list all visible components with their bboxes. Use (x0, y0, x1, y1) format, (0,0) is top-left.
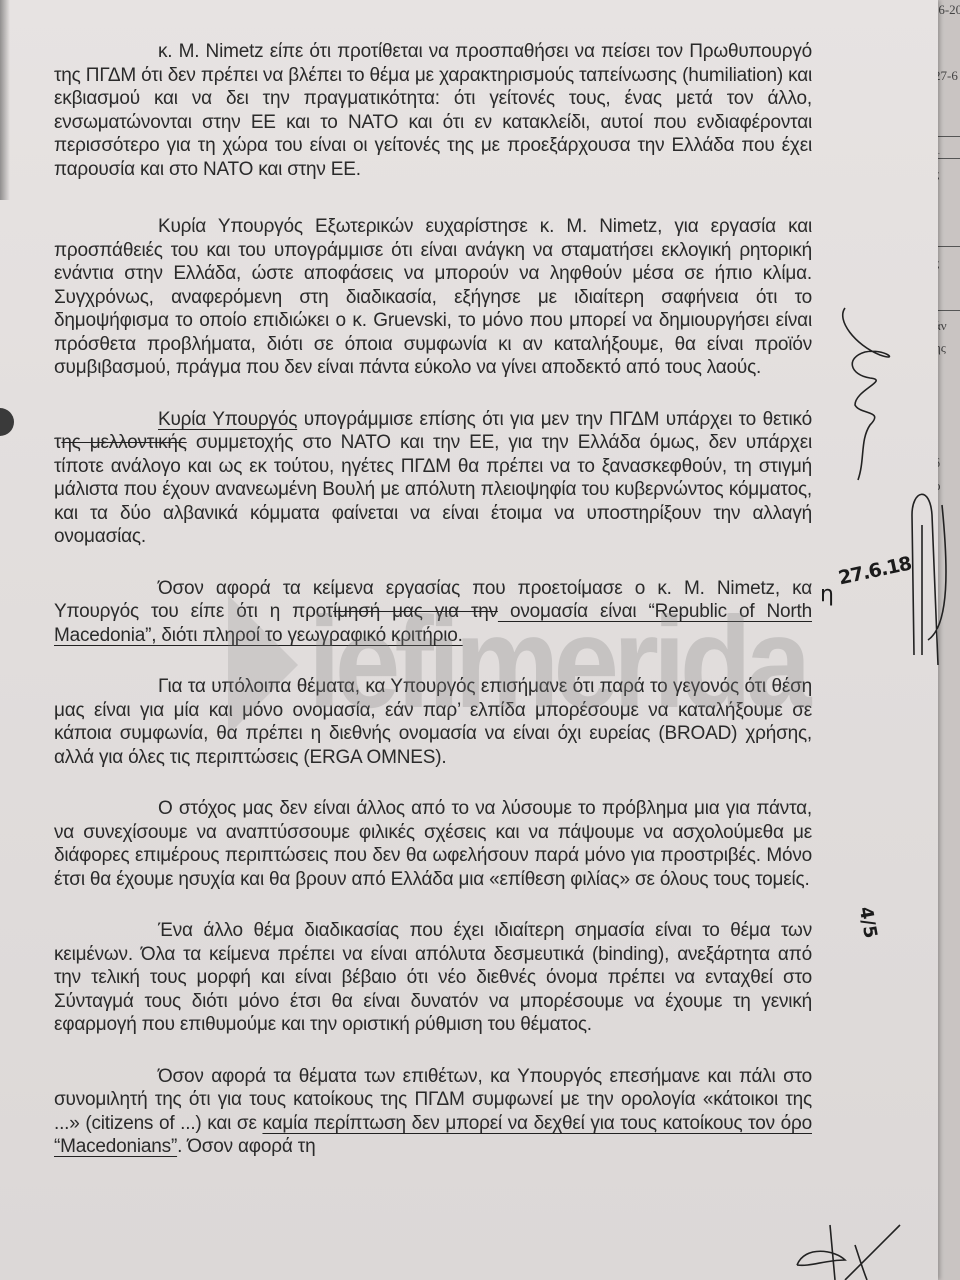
paragraph: Όσον αφορά τα κείμενα εργασίας που προετ… (54, 577, 812, 648)
struck-text: ίμησή μας για την (333, 601, 498, 622)
paragraph: Κυρία Υπουργός υπογράμμισε επίσης ότι γι… (54, 408, 812, 549)
paragraph: Κυρία Υπουργός Εξωτερικών ευχαρίστησε κ.… (54, 215, 812, 380)
struck-text: ης μελλοντικής (61, 432, 186, 453)
punch-hole (0, 408, 14, 436)
initials-icon (785, 1215, 905, 1280)
document-page: κ. Μ. Nimetz είπε ότι προτίθεται να προσ… (0, 0, 938, 1280)
document-body: κ. Μ. Nimetz είπε ότι προτίθεται να προσ… (54, 40, 812, 1187)
signature-icon (840, 300, 910, 480)
paragraph: Ένα άλλο θέμα διαδικασίας που έχει ιδιαί… (54, 919, 812, 1037)
paragraph: Ο στόχος μας δεν είναι άλλος από το να λ… (54, 797, 812, 891)
handwritten-page-number: 4/5 (855, 905, 881, 940)
underlined-text: Κυρία Υπουργός (158, 409, 297, 430)
handwritten-initial: η (820, 582, 834, 607)
paragraph: Για τα υπόλοιπα θέματα, κα Υπουργός επισ… (54, 675, 812, 769)
paragraph: Όσον αφορά τα θέματα των επιθέτων, κα Υπ… (54, 1065, 812, 1159)
paragraph: κ. Μ. Nimetz είπε ότι προτίθεται να προσ… (54, 40, 812, 181)
